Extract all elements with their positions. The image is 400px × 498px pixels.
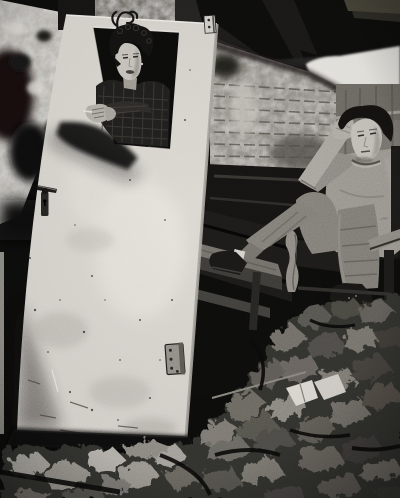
film-grain-overlay	[0, 0, 400, 498]
photo-svg	[0, 0, 400, 498]
photo-frame	[0, 0, 400, 498]
